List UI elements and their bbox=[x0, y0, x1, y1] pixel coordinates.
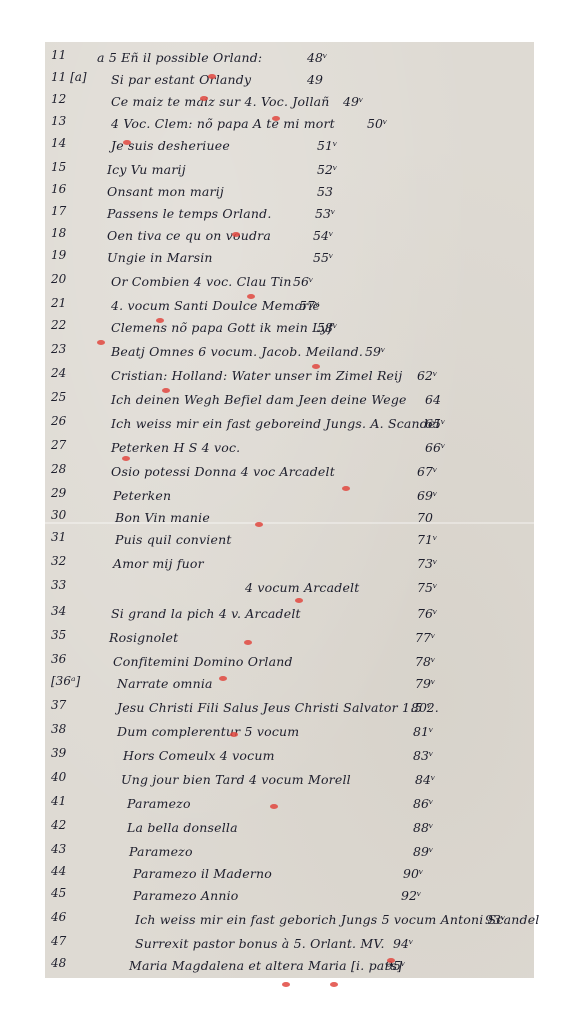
entry-folio: 67ᵛ bbox=[417, 464, 438, 479]
entry-number: 29 bbox=[51, 486, 66, 500]
entry-number: [36ᵃ] bbox=[51, 674, 80, 688]
entry-folio: 55ᵛ bbox=[313, 250, 334, 265]
red-mark bbox=[387, 958, 395, 963]
entry-title: Ung jour bien Tard 4 vocum Morell bbox=[121, 772, 351, 787]
entry-title: Peterken bbox=[113, 488, 171, 503]
entry-title: Passens le temps Orland. bbox=[107, 206, 272, 221]
entry-number: 39 bbox=[51, 746, 66, 760]
entry-title: Bon Vin manie bbox=[115, 510, 210, 525]
entry-title: Si par estant Orlandy bbox=[111, 72, 251, 87]
index-entry: 47Surrexit pastor bonus à 5. Orlant. MV.… bbox=[45, 936, 534, 958]
red-mark bbox=[272, 116, 280, 121]
entry-folio: 89ᵛ bbox=[413, 844, 434, 859]
index-entry: 11 [a]Si par estant Orlandy49 bbox=[45, 72, 534, 94]
entry-folio: 76ᵛ bbox=[417, 606, 438, 621]
entry-number: 28 bbox=[51, 462, 66, 476]
red-mark bbox=[162, 388, 170, 393]
red-mark bbox=[247, 294, 255, 299]
index-entry: 29Peterken69ᵛ bbox=[45, 488, 534, 510]
entry-number: 13 bbox=[51, 114, 66, 128]
entry-folio: 53ᵛ bbox=[315, 206, 336, 221]
entry-number: 36 bbox=[51, 652, 66, 666]
entry-number: 37 bbox=[51, 698, 66, 712]
index-entry: 11a 5 Eñ il possible Orland:48ᵛ bbox=[45, 50, 534, 72]
red-mark bbox=[156, 318, 164, 323]
entry-folio: 71ᵛ bbox=[417, 532, 438, 547]
index-entry: 17Passens le temps Orland.53ᵛ bbox=[45, 206, 534, 228]
entry-title: Paramezo bbox=[127, 796, 191, 811]
index-entry: 38Dum complerentur 5 vocum81ᵛ bbox=[45, 724, 534, 746]
entry-folio: 92ᵛ bbox=[401, 888, 422, 903]
entry-folio: 84ᵛ bbox=[415, 772, 436, 787]
red-mark bbox=[244, 640, 252, 645]
index-entry: 43Paramezo89ᵛ bbox=[45, 844, 534, 866]
entry-folio: 79ᵛ bbox=[415, 676, 436, 691]
entry-number: 38 bbox=[51, 722, 66, 736]
entry-number: 48 bbox=[51, 956, 66, 970]
entry-title: Ich weiss mir ein fast geborich Jungs 5 … bbox=[135, 912, 540, 927]
red-mark bbox=[232, 232, 240, 237]
entry-number: 35 bbox=[51, 628, 66, 642]
red-mark bbox=[312, 364, 320, 369]
entry-title: Jesu Christi Fili Salus Jeus Christi Sal… bbox=[117, 700, 439, 715]
entry-folio: 62ᵛ bbox=[417, 368, 438, 383]
index-entry: 25Ich deinen Wegh Befiel dam Jeen deine … bbox=[45, 392, 534, 414]
index-entry: 14Je suis desheriuee51ᵛ bbox=[45, 138, 534, 160]
entry-title: Maria Magdalena et altera Maria [i. pars… bbox=[129, 958, 402, 973]
red-mark bbox=[282, 982, 290, 987]
entry-number: 40 bbox=[51, 770, 66, 784]
red-mark bbox=[219, 676, 227, 681]
entry-title: Puis quil convient bbox=[115, 532, 232, 547]
entry-folio: 77ᵛ bbox=[415, 630, 436, 645]
entry-number: 33 bbox=[51, 578, 66, 592]
index-entry: 28Osio potessi Donna 4 voc Arcadelt67ᵛ bbox=[45, 464, 534, 486]
entry-number: 15 bbox=[51, 160, 66, 174]
index-entry: 31Puis quil convient71ᵛ bbox=[45, 532, 534, 554]
entry-title: Or Combien 4 voc. Clau Tin bbox=[111, 274, 292, 289]
entry-title: Paramezo il Maderno bbox=[133, 866, 272, 881]
entry-title: Ce maiz te maiz sur 4. Voc. Jollañ bbox=[111, 94, 330, 109]
index-entry: 27Peterken H S 4 voc.66ᵛ bbox=[45, 440, 534, 462]
entry-number: 47 bbox=[51, 934, 66, 948]
entry-number: 44 bbox=[51, 864, 66, 878]
entry-number: 18 bbox=[51, 226, 66, 240]
entry-title: 4. vocum Santi Doulce Memorie bbox=[111, 298, 320, 313]
entry-folio: 78ᵛ bbox=[415, 654, 436, 669]
entry-number: 26 bbox=[51, 414, 66, 428]
entry-folio: 65ᵛ bbox=[425, 416, 446, 431]
entry-folio: 54ᵛ bbox=[313, 228, 334, 243]
red-mark bbox=[208, 74, 216, 79]
entry-number: 27 bbox=[51, 438, 66, 452]
entry-title: Si grand la pich 4 v. Arcadelt bbox=[111, 606, 301, 621]
entry-number: 21 bbox=[51, 296, 66, 310]
entry-folio: 88ᵛ bbox=[413, 820, 434, 835]
index-entry: 36Confitemini Domino Orland78ᵛ bbox=[45, 654, 534, 676]
index-entry: [36ᵃ]Narrate omnia79ᵛ bbox=[45, 676, 534, 698]
entry-number: 11 bbox=[51, 48, 66, 62]
index-entry: 134 Voc. Clem: nõ papa A te mi mort50ᵛ bbox=[45, 116, 534, 138]
entry-number: 14 bbox=[51, 136, 66, 150]
entry-number: 45 bbox=[51, 886, 66, 900]
entry-number: 19 bbox=[51, 248, 66, 262]
entry-number: 16 bbox=[51, 182, 66, 196]
index-entry: 24Cristian: Holland: Water unser im Zime… bbox=[45, 368, 534, 390]
entry-folio: 90ᵛ bbox=[403, 866, 424, 881]
entry-number: 41 bbox=[51, 794, 66, 808]
entry-title: Peterken H S 4 voc. bbox=[111, 440, 240, 455]
entry-title: a 5 Eñ il possible Orland: bbox=[97, 50, 262, 65]
index-entry: 15Icy Vu marij52ᵛ bbox=[45, 162, 534, 184]
entry-folio: 70 bbox=[417, 510, 433, 525]
entry-folio: 48ᵛ bbox=[307, 50, 328, 65]
index-entry: 16Onsant mon marij53 bbox=[45, 184, 534, 206]
entry-title: Surrexit pastor bonus à 5. Orlant. MV. bbox=[135, 936, 385, 951]
entry-title: Ich deinen Wegh Befiel dam Jeen deine We… bbox=[111, 392, 407, 407]
red-mark bbox=[230, 732, 238, 737]
entry-title: Amor mij fuor bbox=[113, 556, 204, 571]
entry-title: Beatj Omnes 6 vocum. Jacob. Meiland. bbox=[111, 344, 363, 359]
index-entry: 26Ich weiss mir ein fast geboreind Jungs… bbox=[45, 416, 534, 438]
index-entry: 23Beatj Omnes 6 vocum. Jacob. Meiland.59… bbox=[45, 344, 534, 366]
index-entry: 40Ung jour bien Tard 4 vocum Morell84ᵛ bbox=[45, 772, 534, 794]
entry-number: 22 bbox=[51, 318, 66, 332]
entry-number: 17 bbox=[51, 204, 66, 218]
red-mark bbox=[295, 598, 303, 603]
entry-folio: 52ᵛ bbox=[317, 162, 338, 177]
entry-folio: 53 bbox=[317, 184, 333, 199]
index-entry: 45Paramezo Annio92ᵛ bbox=[45, 888, 534, 910]
entry-title: Hors Comeulx 4 vocum bbox=[123, 748, 275, 763]
entry-title: Paramezo bbox=[129, 844, 193, 859]
entry-number: 24 bbox=[51, 366, 66, 380]
entry-number: 12 bbox=[51, 92, 66, 106]
entry-number: 46 bbox=[51, 910, 66, 924]
red-mark bbox=[200, 96, 208, 101]
entry-number: 31 bbox=[51, 530, 66, 544]
index-entry: 19Ungie in Marsin55ᵛ bbox=[45, 250, 534, 272]
entry-title: 4 Voc. Clem: nõ papa A te mi mort bbox=[111, 116, 335, 131]
entry-title: Onsant mon marij bbox=[107, 184, 224, 199]
entry-folio: 58ᵛ bbox=[317, 320, 338, 335]
entry-folio: 83ᵛ bbox=[413, 748, 434, 763]
red-mark bbox=[342, 486, 350, 491]
entry-number: 25 bbox=[51, 390, 66, 404]
index-entry: 12Ce maiz te maiz sur 4. Voc. Jollañ49ᵛ bbox=[45, 94, 534, 116]
index-entry: 334 vocum Arcadelt75ᵛ bbox=[45, 580, 534, 602]
entry-folio: 56ᵛ bbox=[293, 274, 314, 289]
index-entry: 20Or Combien 4 voc. Clau Tin56ᵛ bbox=[45, 274, 534, 296]
entry-title: Clemens nõ papa Gott ik mein Lyf bbox=[111, 320, 333, 335]
entry-number: 43 bbox=[51, 842, 66, 856]
entry-title: Narrate omnia bbox=[117, 676, 213, 691]
entry-number: 23 bbox=[51, 342, 66, 356]
index-entry: 46Ich weiss mir ein fast geborich Jungs … bbox=[45, 912, 534, 934]
entry-title: Paramezo Annio bbox=[133, 888, 239, 903]
entry-folio: 80ᵛ bbox=[411, 700, 432, 715]
entry-number: 34 bbox=[51, 604, 66, 618]
red-mark bbox=[255, 522, 263, 527]
index-entry: 37Jesu Christi Fili Salus Jeus Christi S… bbox=[45, 700, 534, 722]
entry-title: Osio potessi Donna 4 voc Arcadelt bbox=[111, 464, 335, 479]
index-entry: 22Clemens nõ papa Gott ik mein Lyf58ᵛ bbox=[45, 320, 534, 342]
entry-folio: 59ᵛ bbox=[365, 344, 386, 359]
entry-folio: 69ᵛ bbox=[417, 488, 438, 503]
entry-title: Rosignolet bbox=[109, 630, 178, 645]
entry-folio: 49 bbox=[307, 72, 323, 87]
red-mark bbox=[122, 456, 130, 461]
entry-title: Confitemini Domino Orland bbox=[113, 654, 293, 669]
entry-number: 42 bbox=[51, 818, 66, 832]
index-entry: 30Bon Vin manie70 bbox=[45, 510, 534, 532]
red-mark bbox=[97, 340, 105, 345]
entry-folio: 93ᵛ bbox=[485, 912, 506, 927]
entry-number: 11 [a] bbox=[51, 70, 87, 84]
entry-folio: 66ᵛ bbox=[425, 440, 446, 455]
entry-folio: 73ᵛ bbox=[417, 556, 438, 571]
entry-title: Oen tiva ce qu on voudra bbox=[107, 228, 271, 243]
red-mark bbox=[330, 982, 338, 987]
entry-title: Ungie in Marsin bbox=[107, 250, 213, 265]
red-mark bbox=[270, 804, 278, 809]
index-entry: 34Si grand la pich 4 v. Arcadelt76ᵛ bbox=[45, 606, 534, 628]
entry-title: 4 vocum Arcadelt bbox=[245, 580, 359, 595]
entry-title: Icy Vu marij bbox=[107, 162, 186, 177]
index-entry: 44Paramezo il Maderno90ᵛ bbox=[45, 866, 534, 888]
index-entry: 42La bella donsella88ᵛ bbox=[45, 820, 534, 842]
entry-folio: 50ᵛ bbox=[367, 116, 388, 131]
index-entry: 18Oen tiva ce qu on voudra54ᵛ bbox=[45, 228, 534, 250]
index-entry: 39Hors Comeulx 4 vocum83ᵛ bbox=[45, 748, 534, 770]
red-mark bbox=[123, 140, 131, 145]
entry-number: 30 bbox=[51, 508, 66, 522]
index-entry: 32Amor mij fuor73ᵛ bbox=[45, 556, 534, 578]
index-entry: 48Maria Magdalena et altera Maria [i. pa… bbox=[45, 958, 534, 980]
entry-number: 20 bbox=[51, 272, 66, 286]
entry-folio: 94ᵛ bbox=[393, 936, 414, 951]
index-entry: 35Rosignolet77ᵛ bbox=[45, 630, 534, 652]
entry-folio: 49ᵛ bbox=[343, 94, 364, 109]
entry-number: 32 bbox=[51, 554, 66, 568]
manuscript-page: 11a 5 Eñ il possible Orland:48ᵛ11 [a]Si … bbox=[45, 42, 534, 978]
entry-folio: 75ᵛ bbox=[417, 580, 438, 595]
entry-title: Cristian: Holland: Water unser im Zimel … bbox=[111, 368, 402, 383]
entry-title: Dum complerentur 5 vocum bbox=[117, 724, 299, 739]
entry-folio: 57ᵛ bbox=[299, 298, 320, 313]
entry-folio: 81ᵛ bbox=[413, 724, 434, 739]
entry-title: La bella donsella bbox=[127, 820, 238, 835]
entry-folio: 86ᵛ bbox=[413, 796, 434, 811]
entry-folio: 51ᵛ bbox=[317, 138, 338, 153]
entry-folio: 64 bbox=[425, 392, 441, 407]
entry-title: Ich weiss mir ein fast geboreind Jungs. … bbox=[111, 416, 440, 431]
index-entry: 41Paramezo86ᵛ bbox=[45, 796, 534, 818]
index-entry: 214. vocum Santi Doulce Memorie57ᵛ bbox=[45, 298, 534, 320]
